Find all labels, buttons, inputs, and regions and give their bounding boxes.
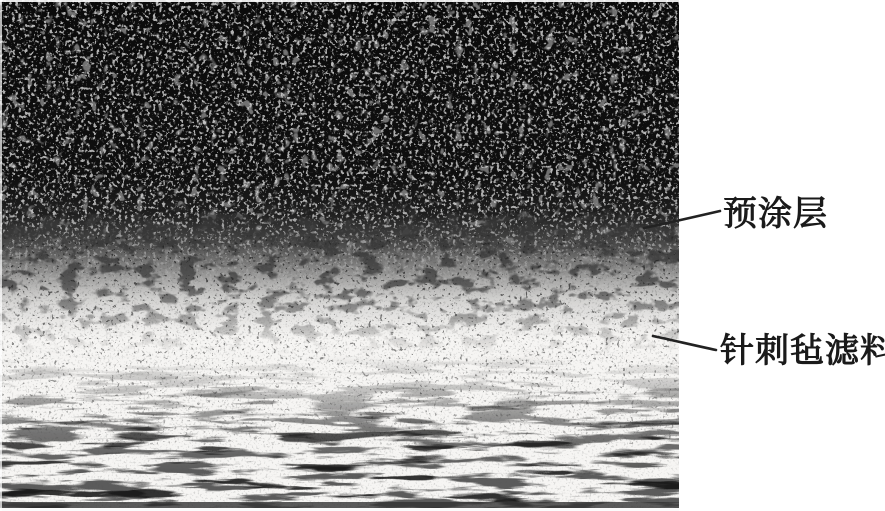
felt-fiber-texture: [0, 355, 679, 511]
micrograph-photo: [0, 0, 679, 511]
figure: 预涂层 针刺毡滤料: [0, 0, 885, 511]
left-white-sliver: [0, 0, 2, 511]
micrograph-texture: [0, 0, 679, 511]
bottom-edge-band: [0, 502, 679, 508]
top-white-sliver: [0, 0, 679, 2]
label-precoat-layer: 预涂层: [723, 197, 828, 231]
label-needle-felt-media: 针刺毡滤料: [720, 334, 885, 368]
